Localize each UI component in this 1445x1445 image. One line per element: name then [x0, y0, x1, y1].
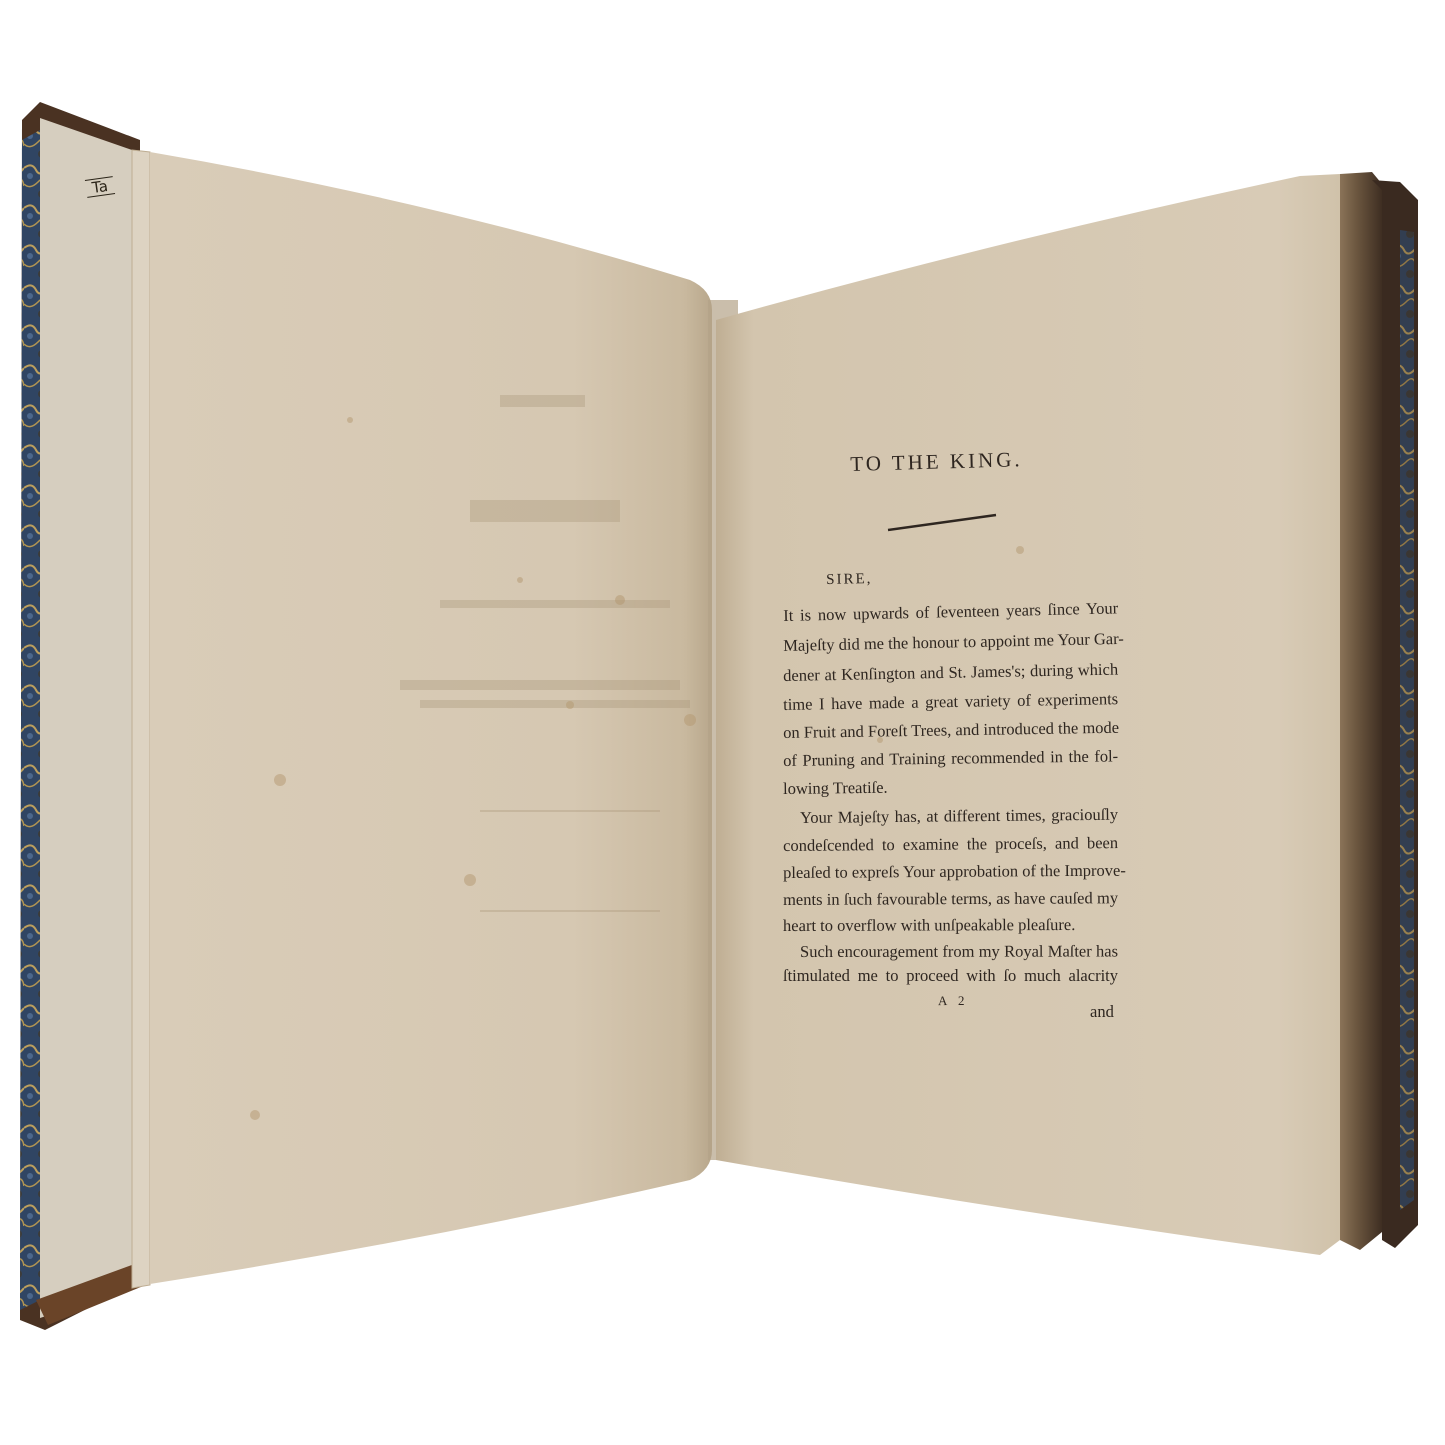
page-fore-edge — [1340, 172, 1382, 1250]
endpaper-annotation: Ta — [85, 176, 115, 198]
endpaper — [40, 118, 132, 1318]
left-page — [150, 152, 712, 1284]
text-line: Such encouragement from my Royal Maſter … — [800, 941, 1118, 962]
text-line: pleaſed to expreſs Your approbation of t… — [783, 861, 1118, 883]
text-line: Your Majeſty has, at different times, gr… — [800, 805, 1118, 828]
open-book-illustration — [0, 0, 1445, 1445]
text-line: lowing Treatiſe. — [783, 775, 1118, 799]
dedication-heading: TO THE KING. — [850, 447, 1023, 477]
text-line: condeſcended to examine the proceſs, and… — [783, 833, 1118, 856]
salutation: SIRE, — [826, 571, 873, 589]
text-line: ments in ſuch favourable terms, as have … — [783, 888, 1118, 910]
marbled-board-edge — [20, 130, 40, 1310]
catchword: and — [1090, 1002, 1114, 1022]
book-photo: Ta TO THE KING. SIRE, It is now upwards … — [0, 0, 1445, 1445]
text-line: ſtimulated me to proceed with ſo much al… — [783, 966, 1118, 986]
signature-mark: A 2 — [938, 993, 969, 1009]
text-line: heart to overflow with unſpeakable pleaſ… — [783, 915, 1118, 936]
